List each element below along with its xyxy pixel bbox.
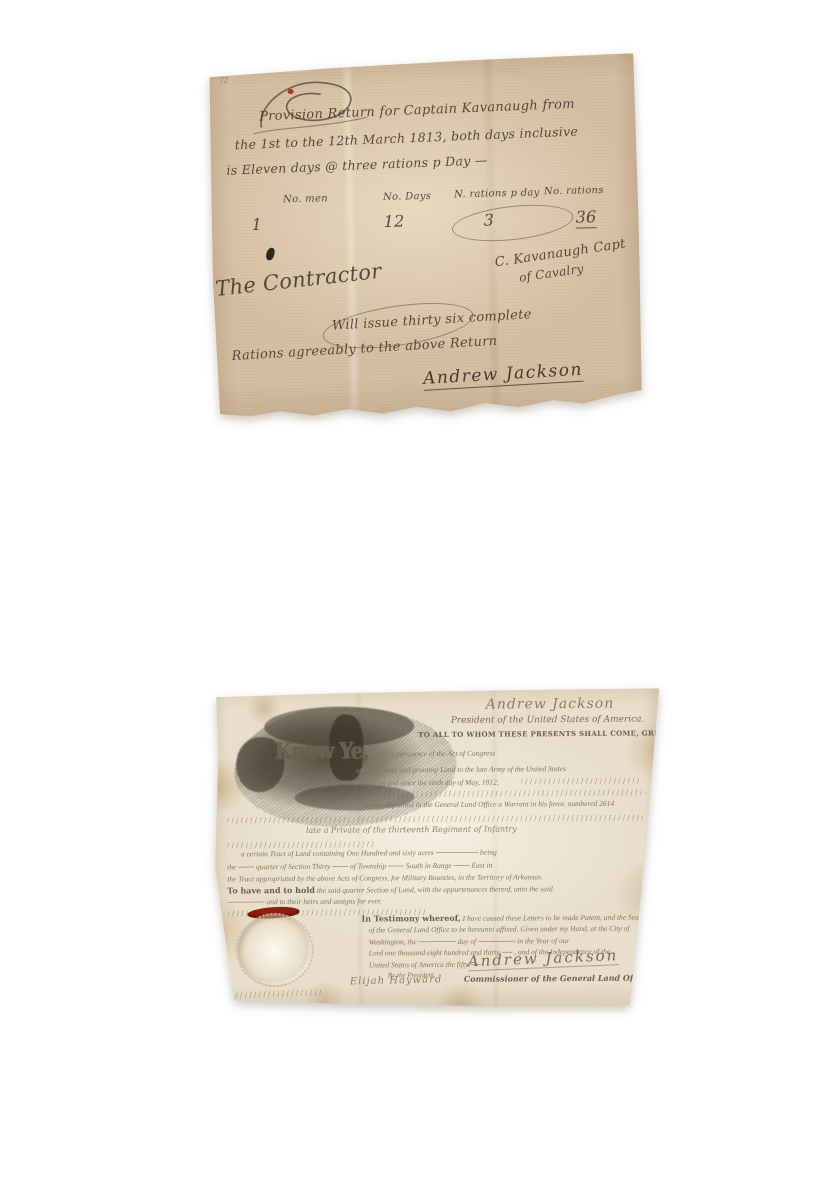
provision-return-paper: 275 72 Provision Return for Captain Kava…	[208, 53, 643, 423]
to-have-and-to-hold: To have and to hold	[227, 885, 315, 896]
column-header-rations-per-day: N. rations p day	[454, 188, 540, 200]
patent-subtitle: President of the United States of Americ…	[425, 715, 670, 726]
ink-blot	[265, 247, 275, 261]
body-line-10: ─────── and to their heirs and assigns f…	[227, 897, 382, 906]
handwritten-line-3	[227, 841, 377, 848]
column-header-total-rations: No. rations	[544, 186, 604, 198]
commissioner-signature: Elijah Hayward	[350, 975, 443, 988]
contractor-label: The Contractor	[214, 260, 382, 300]
patent-title-script: Andrew Jackson	[440, 696, 660, 712]
circle-flourish	[450, 199, 575, 246]
commissioner-title: Commissioner of the General Land Office.	[464, 973, 652, 983]
pencil-corner-note-2: 72	[219, 77, 228, 85]
body-line-9: the said quarter Section of Land, with t…	[317, 884, 553, 895]
body-line-7: the ─── quarter of Section Thirty ─── of…	[227, 862, 492, 872]
jackson-signature: Andrew Jackson	[423, 362, 584, 391]
pencil-corner-note: 275	[215, 69, 229, 77]
embossed-seal	[235, 913, 314, 988]
know-ye-blackletter: Know Ye,	[274, 739, 368, 764]
body-line-2: appropriating and granting Land to the l…	[355, 765, 566, 774]
body-line-1: That in pursuance of the Act of Congress	[372, 750, 495, 759]
docket-notation	[226, 989, 322, 999]
testimony-line-2: of the General Land Office to be hereunt…	[369, 925, 630, 935]
testimony-line-1: I have caused these Letters to be made P…	[463, 913, 641, 923]
body-line-6: a certain Tract of Land containing One H…	[241, 849, 497, 859]
land-patent-paper: Andrew Jackson President of the United S…	[210, 686, 663, 1011]
body-line-8: the Tract appropriated by the above Acts…	[227, 873, 543, 883]
body-line-5: late a Private of the thirteenth Regimen…	[306, 825, 517, 835]
page: 275 72 Provision Return for Captain Kava…	[0, 0, 819, 1197]
value-days: 12	[383, 213, 404, 230]
president-signature: Andrew Jackson	[467, 948, 618, 971]
patent-greeting: TO ALL TO WHOM THESE PRESENTS SHALL COME…	[418, 729, 670, 738]
value-men: 1	[251, 217, 262, 234]
value-total-rations: 36	[575, 209, 596, 228]
value-rations-per-day: 3	[483, 212, 494, 229]
testimony-lead: In Testimony whereof,	[361, 913, 460, 924]
return-line-3: is Eleven days @ three rations p Day —	[226, 153, 488, 177]
land-patent-document: Andrew Jackson President of the United S…	[211, 688, 662, 1010]
body-line-3: passed on and since the sixth day of May…	[356, 779, 499, 788]
column-header-men: No. men	[283, 194, 328, 206]
officer-unit: of Cavalry	[518, 263, 584, 285]
testimony-line-3: Washington, the ─────── day of ─────── i…	[369, 937, 570, 946]
handwritten-line	[356, 790, 646, 798]
body-line-4: having deposited in the General Land Off…	[363, 800, 615, 810]
handwritten-fill	[521, 778, 641, 785]
column-header-days: No. Days	[383, 192, 431, 204]
provision-return-document: 275 72 Provision Return for Captain Kava…	[212, 58, 639, 418]
